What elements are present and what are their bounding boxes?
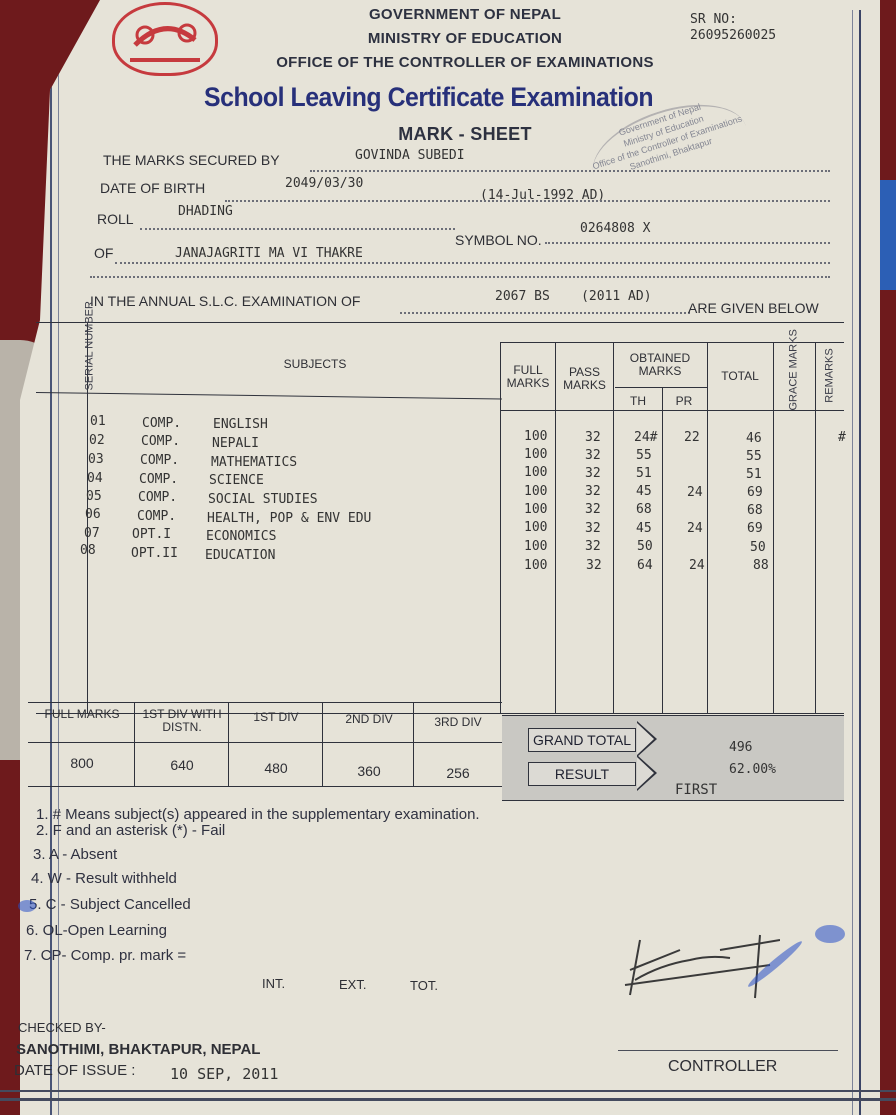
dotted-line bbox=[225, 200, 830, 202]
pass-cell: 32 bbox=[585, 466, 601, 481]
col-divider bbox=[815, 342, 816, 713]
right-border bbox=[852, 10, 861, 1115]
dotted-line bbox=[115, 262, 830, 264]
full-cell: 100 bbox=[524, 484, 547, 499]
grace-marks-header: GRACE MARKS bbox=[789, 341, 800, 411]
note-item: 3. A - Absent bbox=[33, 846, 117, 863]
remarks-header: REMARKS bbox=[825, 341, 836, 411]
grand-total-label: GRAND TOTAL bbox=[533, 732, 631, 748]
pass-cell: 32 bbox=[585, 448, 601, 463]
given-below-label: ARE GIVEN BELOW bbox=[688, 300, 819, 316]
total-cell: 69 bbox=[747, 485, 763, 500]
serial-header: SERIAL NUMBER bbox=[85, 321, 96, 391]
division-value: 640 bbox=[136, 759, 228, 772]
dob-bs: 2049/03/30 bbox=[285, 176, 363, 191]
cp-tot: TOT. bbox=[410, 978, 438, 993]
total-cell: 46 bbox=[746, 431, 762, 446]
col-divider bbox=[773, 342, 774, 713]
serial-cell: 03 bbox=[88, 452, 104, 467]
marks-secured-label: THE MARKS SECURED BY bbox=[103, 152, 280, 168]
signature-line bbox=[618, 1050, 838, 1051]
col-divider bbox=[662, 387, 663, 713]
th-cell: 45 bbox=[636, 484, 652, 499]
full-cell: 100 bbox=[524, 539, 547, 554]
controller-label: CONTROLLER bbox=[668, 1058, 777, 1076]
full-marks-header: FULL MARKS bbox=[502, 364, 554, 390]
full-cell: 100 bbox=[524, 429, 547, 444]
cp-int: INT. bbox=[262, 976, 285, 991]
dotted-line bbox=[140, 228, 455, 230]
division-header: 1ST DIV bbox=[230, 711, 322, 724]
remarks-cell: # bbox=[838, 430, 846, 445]
type-cell: COMP. bbox=[142, 416, 181, 431]
note-item: 7. CP- Comp. pr. mark = bbox=[24, 947, 186, 964]
pr-cell: 24 bbox=[687, 521, 703, 536]
govt-line: GOVERNMENT OF NEPAL bbox=[300, 6, 630, 23]
th-header: TH bbox=[618, 395, 658, 408]
note-item: 6. OL-Open Learning bbox=[26, 922, 167, 939]
serial-cell: 06 bbox=[85, 507, 101, 522]
table-border bbox=[28, 702, 502, 703]
full-cell: 100 bbox=[524, 447, 547, 462]
col-divider bbox=[500, 342, 501, 713]
dotted-line bbox=[545, 242, 830, 244]
subject-cell: EDUCATION bbox=[205, 548, 275, 563]
type-cell: OPT.I bbox=[132, 527, 171, 542]
table-border bbox=[615, 387, 707, 388]
ink-stain bbox=[815, 925, 845, 943]
th-cell: 45 bbox=[636, 521, 652, 536]
total-cell: 68 bbox=[747, 503, 763, 518]
serial-cell: 07 bbox=[84, 526, 100, 541]
result-summary-box: GRAND TOTAL RESULT 496 62.00% FIRST bbox=[502, 715, 844, 801]
bottom-rule bbox=[0, 1090, 896, 1092]
sr-number: 26095260025 bbox=[690, 28, 776, 43]
serial-cell: 05 bbox=[86, 489, 102, 504]
col-divider bbox=[228, 702, 229, 786]
pass-cell: 32 bbox=[585, 502, 601, 517]
dotted-line bbox=[90, 276, 830, 278]
pass-marks-header: PASS MARKS bbox=[557, 366, 612, 392]
roll-label: ROLL bbox=[97, 211, 134, 227]
serial-cell: 02 bbox=[89, 433, 105, 448]
total-cell: 51 bbox=[746, 467, 762, 482]
th-cell: 50 bbox=[637, 539, 653, 554]
th-cell: 55 bbox=[636, 448, 652, 463]
background-object bbox=[878, 180, 896, 290]
subject-cell: MATHEMATICS bbox=[211, 455, 297, 470]
division-value: 360 bbox=[324, 765, 414, 778]
pr-cell: 24 bbox=[689, 558, 705, 573]
grand-total-value: 496 bbox=[729, 740, 752, 755]
type-cell: COMP. bbox=[141, 434, 180, 449]
issue-date: 10 SEP, 2011 bbox=[170, 1065, 278, 1083]
division-header: FULL MARKS bbox=[32, 708, 132, 721]
type-cell: COMP. bbox=[139, 472, 178, 487]
note-item: 4. W - Result withheld bbox=[31, 870, 177, 887]
full-cell: 100 bbox=[524, 465, 547, 480]
subject-cell: SCIENCE bbox=[209, 473, 264, 488]
type-cell: COMP. bbox=[137, 509, 176, 524]
pr-cell: 24 bbox=[687, 485, 703, 500]
th-cell: 51 bbox=[636, 466, 652, 481]
subject-cell: NEPALI bbox=[212, 436, 259, 451]
pr-cell: 22 bbox=[684, 430, 700, 445]
subject-cell: SOCIAL STUDIES bbox=[208, 492, 318, 507]
serial-cell: 08 bbox=[80, 543, 96, 558]
col-divider bbox=[707, 342, 708, 713]
type-cell: COMP. bbox=[138, 490, 177, 505]
note-item: 5. C - Subject Cancelled bbox=[29, 896, 191, 913]
col-divider bbox=[555, 342, 556, 713]
col-divider bbox=[613, 342, 614, 713]
nepal-emblem-icon bbox=[112, 2, 218, 76]
division-header: 2ND DIV bbox=[324, 713, 414, 726]
division-value: 800 bbox=[32, 757, 132, 770]
col-divider bbox=[322, 702, 323, 786]
school-name: JANAJAGRITI MA VI THAKRE bbox=[175, 246, 363, 261]
division-value: 256 bbox=[415, 767, 501, 780]
total-cell: 88 bbox=[753, 558, 769, 573]
issue-date-label: DATE OF ISSUE : bbox=[14, 1062, 135, 1079]
type-cell: COMP. bbox=[140, 453, 179, 468]
serial-cell: 01 bbox=[90, 414, 106, 429]
division-value: 480 bbox=[230, 762, 322, 775]
table-border bbox=[28, 786, 502, 787]
bottom-rule bbox=[0, 1098, 896, 1101]
symbol-label: SYMBOL NO. bbox=[455, 232, 542, 248]
division-header: 1ST DIV WITH DISTN. bbox=[136, 708, 228, 734]
result-arrow: RESULT bbox=[528, 762, 636, 786]
district: DHADING bbox=[178, 204, 233, 219]
th-cell: 64 bbox=[637, 558, 653, 573]
controller-signature bbox=[620, 930, 780, 1000]
pass-cell: 32 bbox=[586, 558, 602, 573]
exam-year: 2067 BS (2011 AD) bbox=[495, 289, 652, 304]
serial-cell: 04 bbox=[87, 471, 103, 486]
office-line: OFFICE OF THE CONTROLLER OF EXAMINATIONS bbox=[230, 54, 700, 71]
dotted-line bbox=[310, 170, 830, 172]
obtained-marks-header: OBTAINED MARKS bbox=[616, 352, 704, 378]
grand-total-arrow: GRAND TOTAL bbox=[528, 728, 636, 752]
dotted-line bbox=[400, 312, 690, 314]
table-border bbox=[36, 322, 844, 323]
col-divider bbox=[134, 702, 135, 786]
division-header: 3RD DIV bbox=[415, 716, 501, 729]
subjects-header: SUBJECTS bbox=[240, 358, 390, 371]
type-cell: OPT.II bbox=[131, 546, 178, 561]
subject-cell: HEALTH, POP & ENV EDU bbox=[207, 511, 371, 526]
symbol-number: 0264808 X bbox=[580, 221, 650, 236]
full-cell: 100 bbox=[524, 520, 547, 535]
th-cell: 24# bbox=[634, 430, 657, 445]
division-table: FULL MARKS 1ST DIV WITH DISTN. 1ST DIV 2… bbox=[28, 702, 502, 786]
student-name: GOVINDA SUBEDI bbox=[355, 148, 465, 163]
total-cell: 55 bbox=[746, 449, 762, 464]
sr-label: SR NO: bbox=[690, 12, 737, 27]
note-item: 1. # Means subject(s) appeared in the su… bbox=[36, 806, 480, 823]
total-header: TOTAL bbox=[710, 370, 770, 383]
dob-label: DATE OF BIRTH bbox=[100, 180, 205, 196]
mark-sheet-subtitle: MARK - SHEET bbox=[360, 124, 570, 145]
full-cell: 100 bbox=[524, 558, 547, 573]
subject-cell: ENGLISH bbox=[213, 417, 268, 432]
table-border bbox=[28, 742, 502, 743]
total-cell: 69 bbox=[747, 521, 763, 536]
issue-location: SANOTHIMI, BHAKTAPUR, NEPAL bbox=[16, 1041, 260, 1058]
checked-by-label: CHECKED BY- bbox=[18, 1020, 106, 1035]
exam-label: IN THE ANNUAL S.L.C. EXAMINATION OF bbox=[90, 293, 360, 309]
result-label: RESULT bbox=[555, 766, 609, 782]
note-item: 2. F and an asterisk (*) - Fail bbox=[36, 822, 225, 839]
division-result: FIRST bbox=[675, 782, 717, 798]
total-cell: 50 bbox=[750, 540, 766, 555]
cp-ext: EXT. bbox=[339, 977, 366, 992]
pass-cell: 32 bbox=[585, 539, 601, 554]
ministry-line: MINISTRY OF EDUCATION bbox=[300, 30, 630, 47]
percentage-value: 62.00% bbox=[729, 762, 776, 777]
subject-cell: ECONOMICS bbox=[206, 529, 276, 544]
full-cell: 100 bbox=[524, 502, 547, 517]
th-cell: 68 bbox=[636, 502, 652, 517]
pr-header: PR bbox=[664, 395, 704, 408]
pass-cell: 32 bbox=[585, 430, 601, 445]
of-label: OF bbox=[94, 245, 113, 261]
page-title: School Leaving Certificate Examination bbox=[204, 82, 653, 113]
ink-stain bbox=[18, 900, 36, 912]
pass-cell: 32 bbox=[585, 484, 601, 499]
pass-cell: 32 bbox=[585, 521, 601, 536]
